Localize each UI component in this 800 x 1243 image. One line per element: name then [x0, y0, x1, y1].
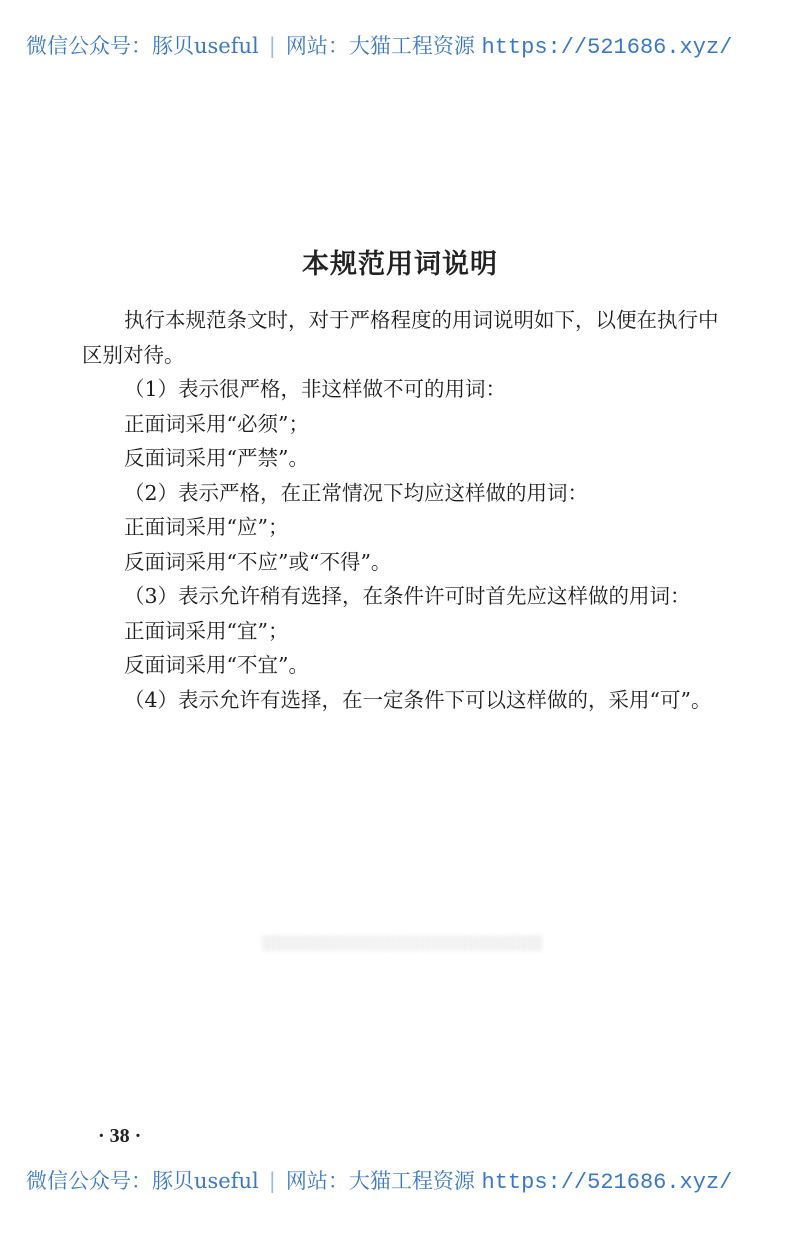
intro-paragraph: 执行本规范条文时，对于严格程度的用词说明如下，以便在执行中区别对待。 — [82, 303, 722, 372]
item-3-negative: 反面词采用“不宜”。 — [82, 648, 722, 683]
page-title: 本规范用词说明 — [0, 242, 800, 281]
separator: | — [269, 1169, 276, 1193]
wechat-label: 微信公众号：豚贝useful — [26, 1169, 259, 1193]
item-1-negative: 反面词采用“严禁”。 — [82, 441, 722, 476]
wechat-label: 微信公众号：豚贝useful — [26, 34, 259, 58]
site-label: 网站：大猫工程资源 — [286, 1169, 475, 1193]
item-1-heading: （1）表示很严格，非这样做不可的用词： — [82, 372, 722, 407]
item-3-positive: 正面词采用“宜”； — [82, 614, 722, 649]
site-label: 网站：大猫工程资源 — [286, 34, 475, 58]
separator: | — [269, 34, 276, 58]
watermark-banner-bottom: 微信公众号：豚贝useful|网站：大猫工程资源 https://521686.… — [26, 1165, 786, 1195]
document-body: 执行本规范条文时，对于严格程度的用词说明如下，以便在执行中区别对待。 （1）表示… — [82, 303, 722, 717]
item-2-negative: 反面词采用“不应”或“不得”。 — [82, 545, 722, 580]
item-3-heading: （3）表示允许稍有选择，在条件许可时首先应这样做的用词： — [82, 579, 722, 614]
bleed-through-smudge — [262, 935, 542, 951]
item-4-heading: （4）表示允许有选择，在一定条件下可以这样做的，采用“可”。 — [82, 683, 722, 718]
page-number: · 38 · — [98, 1125, 141, 1148]
item-2-positive: 正面词采用“应”； — [82, 510, 722, 545]
item-1-positive: 正面词采用“必须”； — [82, 407, 722, 442]
site-url[interactable]: https://521686.xyz/ — [482, 35, 733, 60]
watermark-banner-top: 微信公众号：豚贝useful|网站：大猫工程资源 https://521686.… — [26, 30, 786, 60]
item-2-heading: （2）表示严格，在正常情况下均应这样做的用词： — [82, 476, 722, 511]
site-url[interactable]: https://521686.xyz/ — [482, 1170, 733, 1195]
